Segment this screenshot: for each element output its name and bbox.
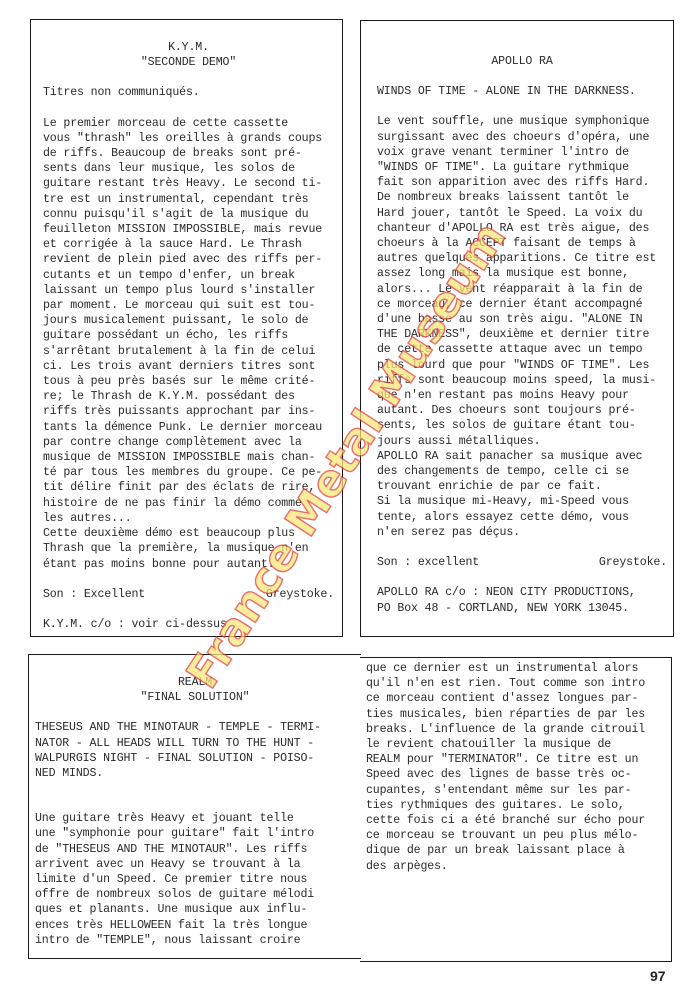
text-line: trouvant enrichie de par ce fait. (377, 479, 667, 494)
text-line: que ce dernier est un instrumental alors (366, 661, 667, 676)
text-line: WALPURGIS NIGHT - FINAL SOLUTION - POISO… (35, 751, 355, 766)
text-line: riffs sont beaucoup moins speed, la musi… (377, 373, 667, 388)
text-line: limite d'un Speed. Ce premier titre nous (35, 872, 355, 887)
text-line: REALM pour "TERMINATOR". Ce titre est un (366, 752, 667, 767)
text-line: ce morceau, ce dernier étant accompagné (377, 297, 667, 312)
text-line: Le vent souffle, une musique symphonique (377, 114, 667, 129)
text-line: histoire de ne pas finir la démo comme (43, 496, 334, 511)
text-line: Le premier morceau de cette cassette (43, 116, 334, 131)
text-line: n'en serez pas déçus. (377, 525, 667, 540)
text-line: ce morceau se trouvant un peu plus mélo- (366, 828, 667, 843)
text-line: re; le Thrash de K.Y.M. possédant des (43, 389, 334, 404)
text-line: arrivent avec un Heavy se trouvant à la (35, 857, 355, 872)
review-apollo-ra: APOLLO RA WINDS OF TIME - ALONE IN THE D… (360, 20, 674, 637)
text-line: Speed avec des lignes de basse très oc- (366, 767, 667, 782)
review-realm-part2: que ce dernier est un instrumental alors… (360, 657, 672, 962)
text-line: THE DARKNESS", deuxième et dernier titre (377, 327, 667, 342)
contact: APOLLO RA c/o : NEON CITY PRODUCTIONS,PO… (377, 585, 667, 615)
text-line: ences très HELLOWEEN fait la très longue (35, 918, 355, 933)
text-line: tous à peu près basés sur le même crité- (43, 374, 334, 389)
text-line: par moment. Le morceau qui suit est tou- (43, 298, 334, 313)
text-line: que n'en restant pas moins Heavy pour (377, 388, 667, 403)
text-line: sents dans leur musique, les solos de (43, 161, 334, 176)
text-line: Une guitare très Heavy et jouant telle (35, 811, 355, 826)
review-realm-part1: REALM "FINAL SOLUTION" THESEUS AND THE M… (28, 654, 361, 959)
sound-rating: Son : Excellent (43, 587, 145, 602)
band-name: APOLLO RA (377, 54, 667, 69)
text-line: offre de nombreux solos de guitare mélod… (35, 887, 355, 902)
text-line: fait son apparition avec des riffs Hard. (377, 175, 667, 190)
tracklist: WINDS OF TIME - ALONE IN THE DARKNESS. (377, 84, 667, 99)
text-line: jours musicalement puissant, le solo de (43, 313, 334, 328)
contact: K.Y.M. c/o : voir ci-dessus (43, 617, 334, 632)
text-line: s'arrêtant brutalement à la fin de celui (43, 344, 334, 359)
text-line: le revient chatouiller la musique de (366, 737, 667, 752)
text-line: plus lourd que pour "WINDS OF TIME". Les (377, 358, 667, 373)
review-body: Le vent souffle, une musique symphonique… (377, 114, 667, 540)
text-line: cupantes, s'entendant même sur les par- (366, 783, 667, 798)
text-line: revient de plein pied avec des riffs per… (43, 252, 334, 267)
text-line: une "symphonie pour guitare" fait l'intr… (35, 826, 355, 841)
text-line: cutants et un tempo d'enfer, un break (43, 268, 334, 283)
text-line: autres quelques apparitions. Ce titre es… (377, 251, 667, 266)
text-line: les autres... (43, 511, 334, 526)
text-line: assez long mais la musique est bonne, (377, 266, 667, 281)
release-title: "SECONDE DEMO" (43, 55, 334, 70)
text-line: NATOR - ALL HEADS WILL TURN TO THE HUNT … (35, 736, 355, 751)
release-title: "FINAL SOLUTION" (35, 690, 355, 705)
author: Greystoke. (599, 555, 667, 570)
text-line: feuilleton MISSION IMPOSSIBLE, mais revu… (43, 222, 334, 237)
text-line: riffs très puissants approchant par ins- (43, 404, 334, 419)
text-line: ties musicales, bien réparties de par le… (366, 707, 667, 722)
text-line: tente, alors essayez cette démo, vous (377, 510, 667, 525)
text-line: tit délire finit par des éclats de rire, (43, 480, 334, 495)
review-body: Le premier morceau de cette cassettevous… (43, 116, 334, 572)
text-line: ques et planants. Une musique aux influ- (35, 902, 355, 917)
text-line: tre est un instrumental, cependant très (43, 192, 334, 207)
text-line: surgissant avec des choeurs d'opéra, une (377, 130, 667, 145)
signature-row: Son : excellent Greystoke. (377, 555, 667, 570)
text-line: choeurs à la ACCEPT faisant de temps à (377, 236, 667, 251)
text-line: étant pas moins bonne pour autant. (43, 557, 334, 572)
text-line: NED MINDS. (35, 766, 355, 781)
text-line: cette fois ci a été branché sur écho pou… (366, 813, 667, 828)
text-line: de cette cassette attaque avec un tempo (377, 342, 667, 357)
text-line: Si la musique mi-Heavy, mi-Speed vous (377, 494, 667, 509)
page-number: 97 (650, 968, 666, 984)
text-line: d'une basse au son très aigu. "ALONE IN (377, 312, 667, 327)
text-line: des changements de tempo, celle ci se (377, 464, 667, 479)
text-line: Cette deuxième démo est beaucoup plus (43, 526, 334, 541)
text-line: alors... Le vent réapparait à la fin de (377, 282, 667, 297)
text-line: APOLLO RA c/o : NEON CITY PRODUCTIONS, (377, 585, 667, 600)
tracklist: THESEUS AND THE MINOTAUR - TEMPLE - TERM… (35, 720, 355, 781)
text-line: laissant un tempo plus lourd s'installer (43, 283, 334, 298)
text-line: de "THESEUS AND THE MINOTAUR". Les riffs (35, 842, 355, 857)
text-line: PO Box 48 - CORTLAND, NEW YORK 13045. (377, 601, 667, 616)
text-line: De nombreux breaks laissent tantôt le (377, 190, 667, 205)
text-line: sents, les solos de guitare étant tou- (377, 418, 667, 433)
text-line: et corrigée à la sauce Hard. Le Thrash (43, 237, 334, 252)
text-line: voix grave venant terminer l'intro de (377, 145, 667, 160)
text-line: ties rythmiques des guitares. Le solo, (366, 798, 667, 813)
text-line: de riffs. Beaucoup de breaks sont pré- (43, 146, 334, 161)
text-line: intro de "TEMPLE", nous laissant croire (35, 933, 355, 948)
text-line: des arpèges. (366, 859, 667, 874)
review-body: Une guitare très Heavy et jouant telleun… (35, 811, 355, 948)
text-line: qu'il n'en est rien. Tout comme son intr… (366, 676, 667, 691)
text-line: par contre change complètement avec la (43, 435, 334, 450)
text-line: té par tous les membres du groupe. Ce pe… (43, 465, 334, 480)
band-name: REALM (35, 675, 355, 690)
text-line: vous "thrash" les oreilles à grands coup… (43, 131, 334, 146)
review-kym: K.Y.M. "SECONDE DEMO" Titres non communi… (30, 19, 343, 637)
text-line: tants la démence Punk. Le dernier morcea… (43, 420, 334, 435)
text-line: ci. Les trois avant derniers titres sont (43, 359, 334, 374)
text-line: Thrash que la première, la musique n'en (43, 541, 334, 556)
text-line: "WINDS OF TIME". La guitare rythmique (377, 160, 667, 175)
text-line: connu puisqu'il s'agit de la musique du (43, 207, 334, 222)
text-line: THESEUS AND THE MINOTAUR - TEMPLE - TERM… (35, 720, 355, 735)
text-line: APOLLO RA sait panacher sa musique avec (377, 449, 667, 464)
text-line: Hard jouer, tantôt le Speed. La voix du (377, 206, 667, 221)
review-body-continued: que ce dernier est un instrumental alors… (366, 661, 667, 874)
text-line: chanteur d'APOLLO RA est très aigue, des (377, 221, 667, 236)
sound-rating: Son : excellent (377, 555, 479, 570)
text-line: breaks. L'influence de la grande citroui… (366, 722, 667, 737)
text-line: guitare restant très Heavy. Le second ti… (43, 176, 334, 191)
tracklist: Titres non communiqués. (43, 85, 334, 100)
text-line: ce morceau contient d'assez longues par- (366, 691, 667, 706)
text-line: jours aussi métalliques. (377, 434, 667, 449)
signature-row: Son : Excellent Greystoke. (43, 587, 334, 602)
author: Greystoke. (266, 587, 334, 602)
text-line: guitare possédant un écho, les riffs (43, 328, 334, 343)
text-line: autant. Des choeurs sont toujours pré- (377, 403, 667, 418)
text-line: musique de MISSION IMPOSSIBLE mais chan- (43, 450, 334, 465)
band-name: K.Y.M. (43, 40, 334, 55)
text-line: dique de par un break laissant place à (366, 843, 667, 858)
